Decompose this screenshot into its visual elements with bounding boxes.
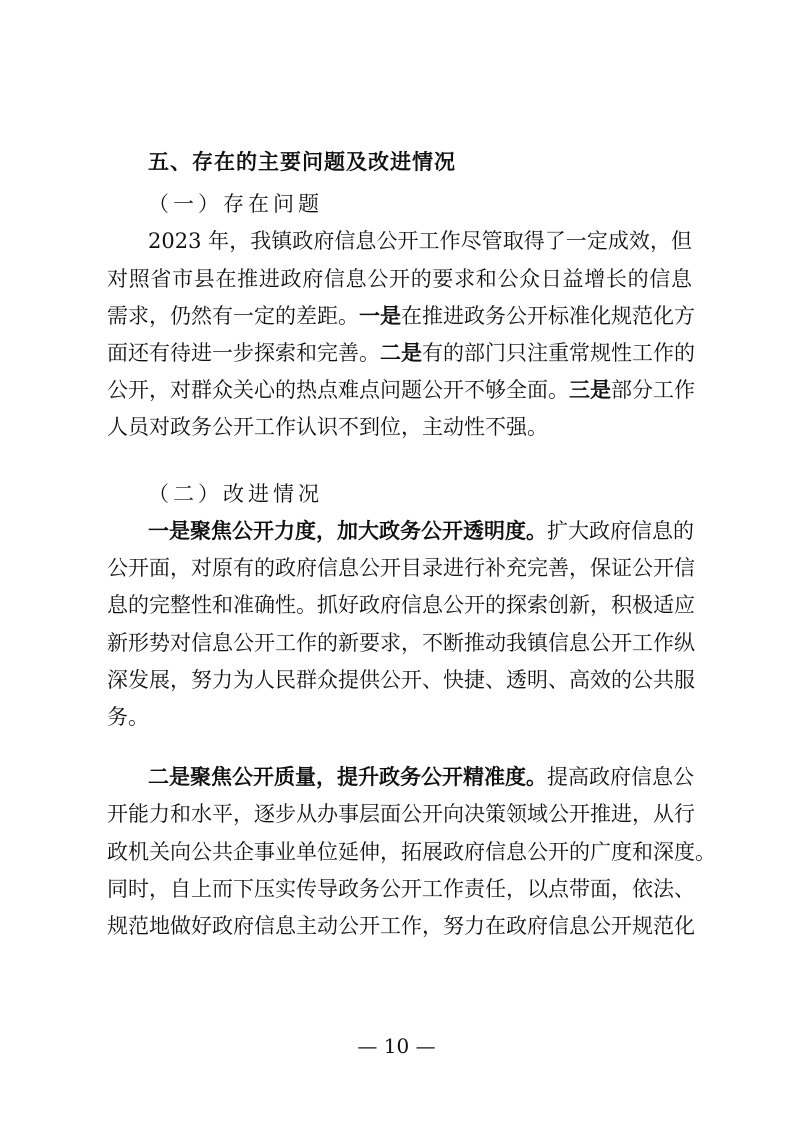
paragraph-line: 深发展，努力为人民群众提供公开、快捷、透明、高效的公共服 [107, 665, 692, 695]
paragraph-line: 需求，仍然有一定的差距。一是在推进政务公开标准化规范化方 [107, 301, 692, 331]
text: 部分工作 [611, 378, 695, 402]
text: 有的部门只注重常规性工作的 [422, 341, 695, 365]
bold-lead: 一是聚焦公开力度，加大政务公开透明度。 [148, 519, 547, 543]
paragraph-line: 规范地做好政府信息主动公开工作，努力在政府信息公开规范化 [107, 911, 692, 941]
paragraph-line: 政机关向公共企事业单位延伸，拓展政府信息公开的广度和深度。 [107, 837, 692, 867]
paragraph-line: 二是聚焦公开质量，提升政务公开精准度。提高政府信息公 [148, 762, 692, 792]
paragraph-line: 公开，对群众关心的热点难点问题公开不够全面。三是部分工作 [107, 375, 692, 405]
text: 需求，仍然有一定的差距。 [107, 304, 359, 328]
paragraph-line: 息的完整性和准确性。抓好政府信息公开的探索创新，积极适应 [107, 590, 692, 620]
text: 公开，对群众关心的热点难点问题公开不够全面。 [107, 378, 569, 402]
paragraph-line: 面还有待进一步探索和完善。二是有的部门只注重常规性工作的 [107, 338, 692, 368]
text: 面还有待进一步探索和完善。 [107, 341, 380, 365]
bold-marker: 一是 [359, 304, 401, 328]
paragraph-line: 人员对政务公开工作认识不到位，主动性不强。 [107, 412, 692, 442]
section-heading: 五、存在的主要问题及改进情况 [148, 147, 456, 177]
paragraph-line: 新形势对信息公开工作的新要求，不断推动我镇信息公开工作纵 [107, 628, 692, 658]
paragraph-line: 一是聚焦公开力度，加大政务公开透明度。扩大政府信息的 [148, 516, 692, 546]
paragraph-line: 同时，自上而下压实传导政务公开工作责任，以点带面，依法、 [107, 874, 692, 904]
paragraph-line: 开能力和水平，逐步从办事层面公开向决策领域公开推进，从行 [107, 799, 692, 829]
paragraph-line: 务。 [107, 702, 692, 732]
paragraph-line: 对照省市县在推进政府信息公开的要求和公众日益增长的信息 [107, 264, 692, 294]
text: 扩大政府信息的 [547, 519, 694, 543]
subsection-title-problems: （一）存在问题 [148, 189, 323, 219]
bold-marker: 二是 [380, 341, 422, 365]
text: 提高政府信息公 [547, 765, 694, 789]
page-number: — 10 — [0, 1033, 793, 1059]
bold-marker: 三是 [569, 378, 611, 402]
text: 在推进政务公开标准化规范化方 [401, 304, 695, 328]
subsection-title-improvements: （二）改进情况 [148, 479, 323, 509]
paragraph-line: 公开面，对原有的政府信息公开目录进行补充完善，保证公开信 [107, 553, 692, 583]
paragraph-line: 2023 年，我镇政府信息公开工作尽管取得了一定成效，但 [148, 226, 692, 256]
bold-lead: 二是聚焦公开质量，提升政务公开精准度。 [148, 765, 547, 789]
